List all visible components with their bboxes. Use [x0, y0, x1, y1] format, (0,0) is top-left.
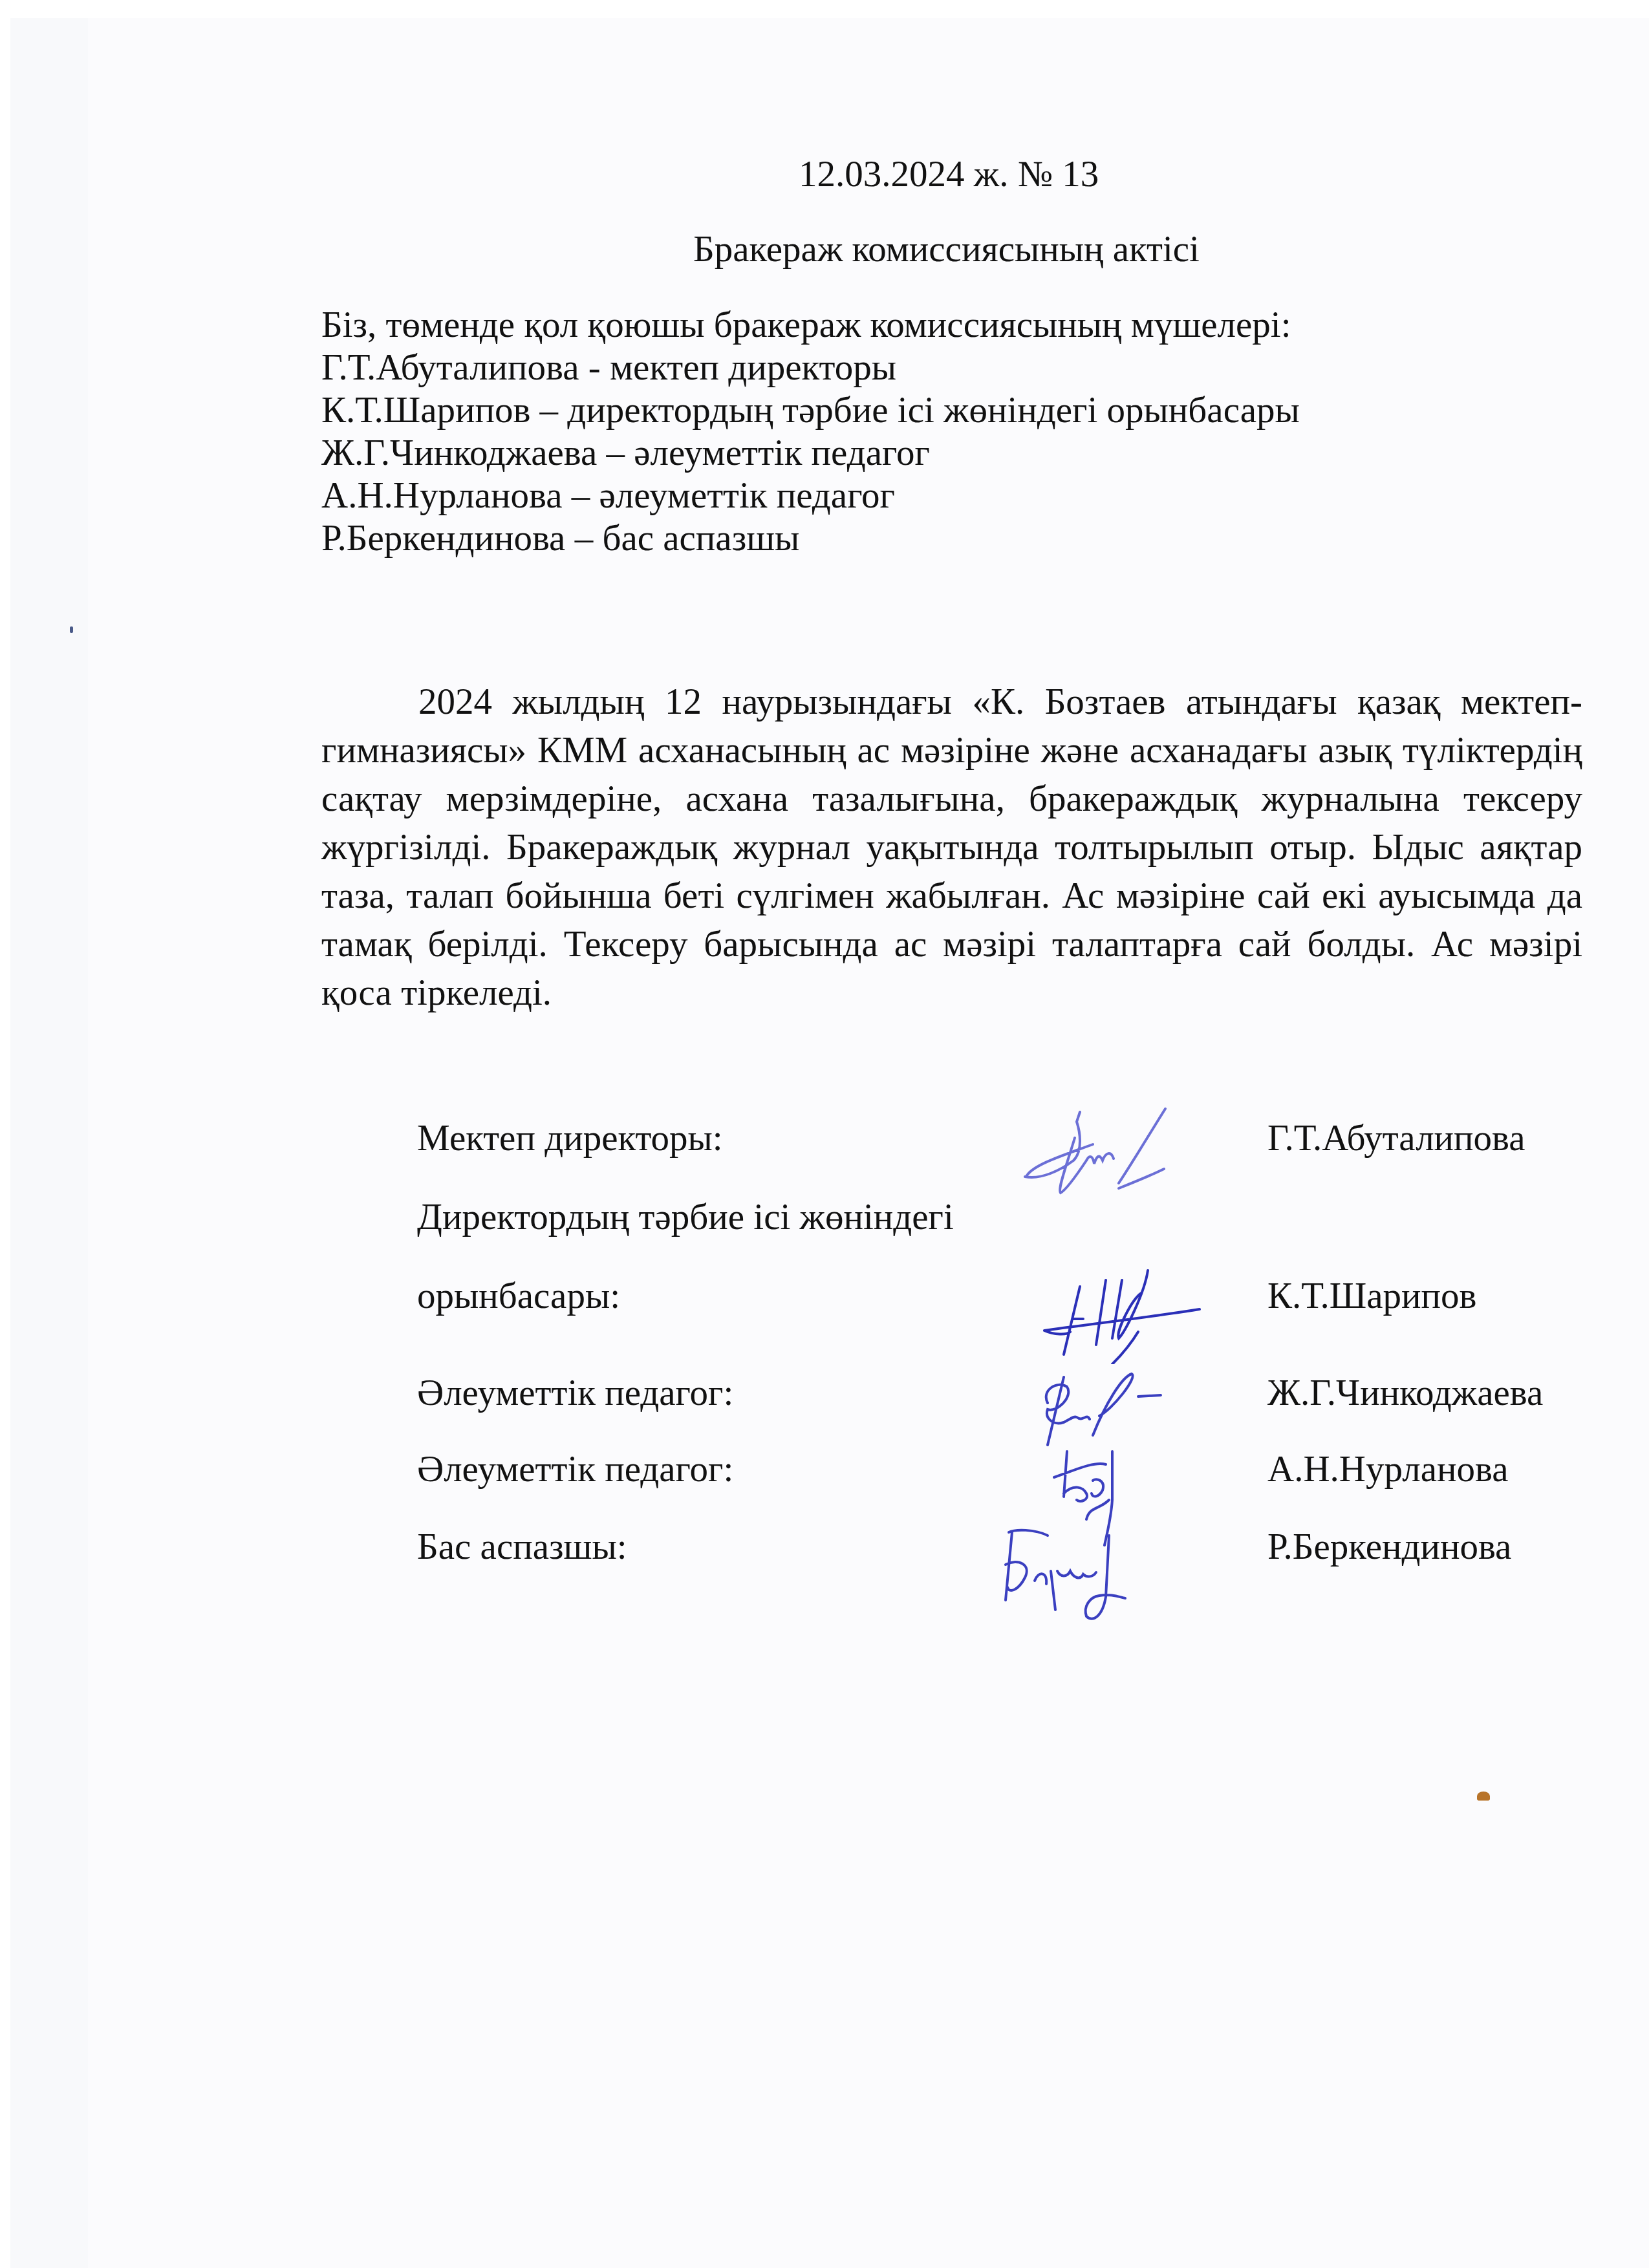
member-item: Г.Т.Абуталипова - мектеп директоры: [321, 347, 1300, 389]
signer-name: Ж.Г.Чинкоджаева: [1267, 1372, 1543, 1415]
member-item: Ж.Г.Чинкоджаева – әлеуметтік педагог: [321, 432, 1300, 475]
scan-stain: [1477, 1792, 1490, 1801]
signer-role: Мектеп директоры:: [417, 1117, 723, 1160]
signature-row-social-teacher-1: Әлеуметтік педагог: Ж.Г.Чинкоджаева: [0, 1372, 1649, 1415]
signer-role: Бас аспазшы:: [417, 1526, 627, 1568]
signer-name: Р.Беркендинова: [1267, 1526, 1511, 1568]
inspection-paragraph: 2024 жылдың 12 наурызындағы «К. Бозтаев …: [321, 678, 1582, 1017]
signer-role: Әлеуметтік педагог:: [417, 1448, 733, 1491]
member-item: К.Т.Шарипов – директордың тәрбие ісі жөн…: [321, 389, 1300, 432]
signature-row-deputy-line1: Директордың тәрбие ісі жөніндегі: [0, 1196, 1649, 1239]
signature-icon: [1035, 1364, 1203, 1448]
signer-name: К.Т.Шарипов: [1267, 1275, 1476, 1318]
signer-name: А.Н.Нурланова: [1267, 1448, 1508, 1491]
intro-line: Біз, төменде қол қоюшы бракераж комиссия…: [321, 304, 1300, 347]
signature-icon: [1041, 1267, 1216, 1364]
signature-row-head-cook: Бас аспазшы: Р.Беркендинова: [0, 1526, 1649, 1568]
signature-row-director: Мектеп директоры: Г.Т.Абуталипова: [0, 1117, 1649, 1160]
commission-members: Біз, төменде қол қоюшы бракераж комиссия…: [321, 304, 1300, 560]
member-item: Р.Беркендинова – бас аспазшы: [321, 517, 1300, 560]
signature-icon: [996, 1526, 1177, 1623]
signature-row-social-teacher-2: Әлеуметтік педагог: А.Н.Нурланова: [0, 1448, 1649, 1491]
signer-role-line1: Директордың тәрбие ісі жөніндегі: [417, 1196, 954, 1239]
signature-icon: [1022, 1099, 1177, 1203]
signer-name: Г.Т.Абуталипова: [1267, 1117, 1525, 1160]
signature-row-deputy: орынбасары: К.Т.Шарипов: [0, 1275, 1649, 1318]
act-number-date: 12.03.2024 ж. № 13: [799, 153, 1099, 196]
signer-role: орынбасары:: [417, 1275, 620, 1318]
document-title: Бракераж комиссиясының актісі: [693, 228, 1200, 271]
scan-speck: [70, 626, 73, 633]
signer-role: Әлеуметтік педагог:: [417, 1372, 733, 1415]
member-item: А.Н.Нурланова – әлеуметтік педагог: [321, 475, 1300, 517]
